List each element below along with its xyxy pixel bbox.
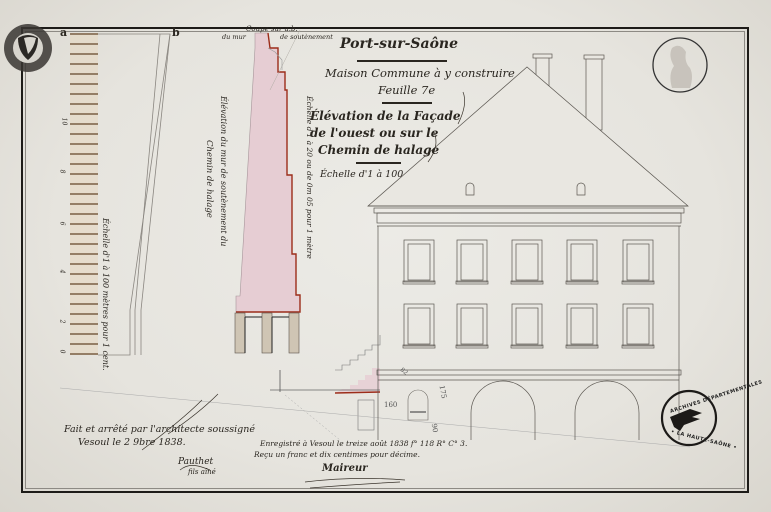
elevation-title-line2: de l'ouest ou sur le	[310, 126, 438, 140]
registration-line2: Reçu un franc et dix centimes pour décim…	[254, 450, 420, 459]
sheet-number: Feuille 7e	[378, 83, 435, 97]
title-rule	[357, 60, 447, 62]
section-scale-rotated: Échelle d'1 à 20 ou de 0m 05 pour 1 mètr…	[305, 96, 314, 259]
sheet-rule	[382, 102, 432, 104]
drawing-sheet: Coupe sur a.b. du mur de soutènement Por…	[0, 0, 771, 512]
approval-signature: Pauthet	[178, 457, 213, 467]
retaining-wall-elevation	[235, 33, 300, 353]
plan-scale-rotated: Échelle d'1 à 100 mètres pour 1 cent.	[101, 218, 110, 371]
scale-tick-label: 0	[58, 350, 65, 354]
elevation-title-line1: Élévation de la Façade	[310, 109, 461, 123]
registration-signature: Maireur	[322, 463, 368, 474]
scale-tick-label: 2	[58, 320, 65, 324]
scale-tick-label: 6	[58, 222, 65, 226]
point-b-label: b	[172, 26, 180, 39]
town-title: Port-sur-Saône	[340, 36, 458, 52]
scale-tick-label: 10	[60, 118, 67, 126]
approval-line1: Fait et arrêté par l'architecte soussign…	[64, 424, 255, 435]
facade-scale: Échelle d'1 à 100	[320, 169, 403, 180]
graphic-scale	[70, 33, 98, 355]
section-label-line2-right: de soutènement	[280, 33, 333, 41]
wall-elevation-rotated-line1: Élévation du mur de soutènement du	[219, 96, 228, 246]
scale-rule	[356, 162, 401, 164]
approval-line2: Vesoul le 2 9bre 1838.	[78, 437, 186, 448]
elevation-title-line3: Chemin de halage	[318, 143, 439, 157]
point-a-label: a	[60, 26, 67, 39]
registration-line1: Enregistré à Vesoul le treize août 1838 …	[260, 439, 467, 448]
section-label-line1: Coupe sur a.b.	[246, 25, 298, 33]
subject-line: Maison Commune à y construire	[325, 66, 515, 80]
scale-tick-label: 4	[58, 270, 65, 274]
section-label-line2-left: du mur	[222, 33, 246, 41]
sketch-dim-160: 160	[384, 401, 397, 409]
scale-tick-label: 8	[58, 170, 65, 174]
sketch-dim-90: 90	[430, 423, 439, 433]
wall-elevation-rotated-line2: Chemin de halage	[204, 140, 214, 218]
approval-signature-suffix: fils aîné	[188, 468, 216, 476]
